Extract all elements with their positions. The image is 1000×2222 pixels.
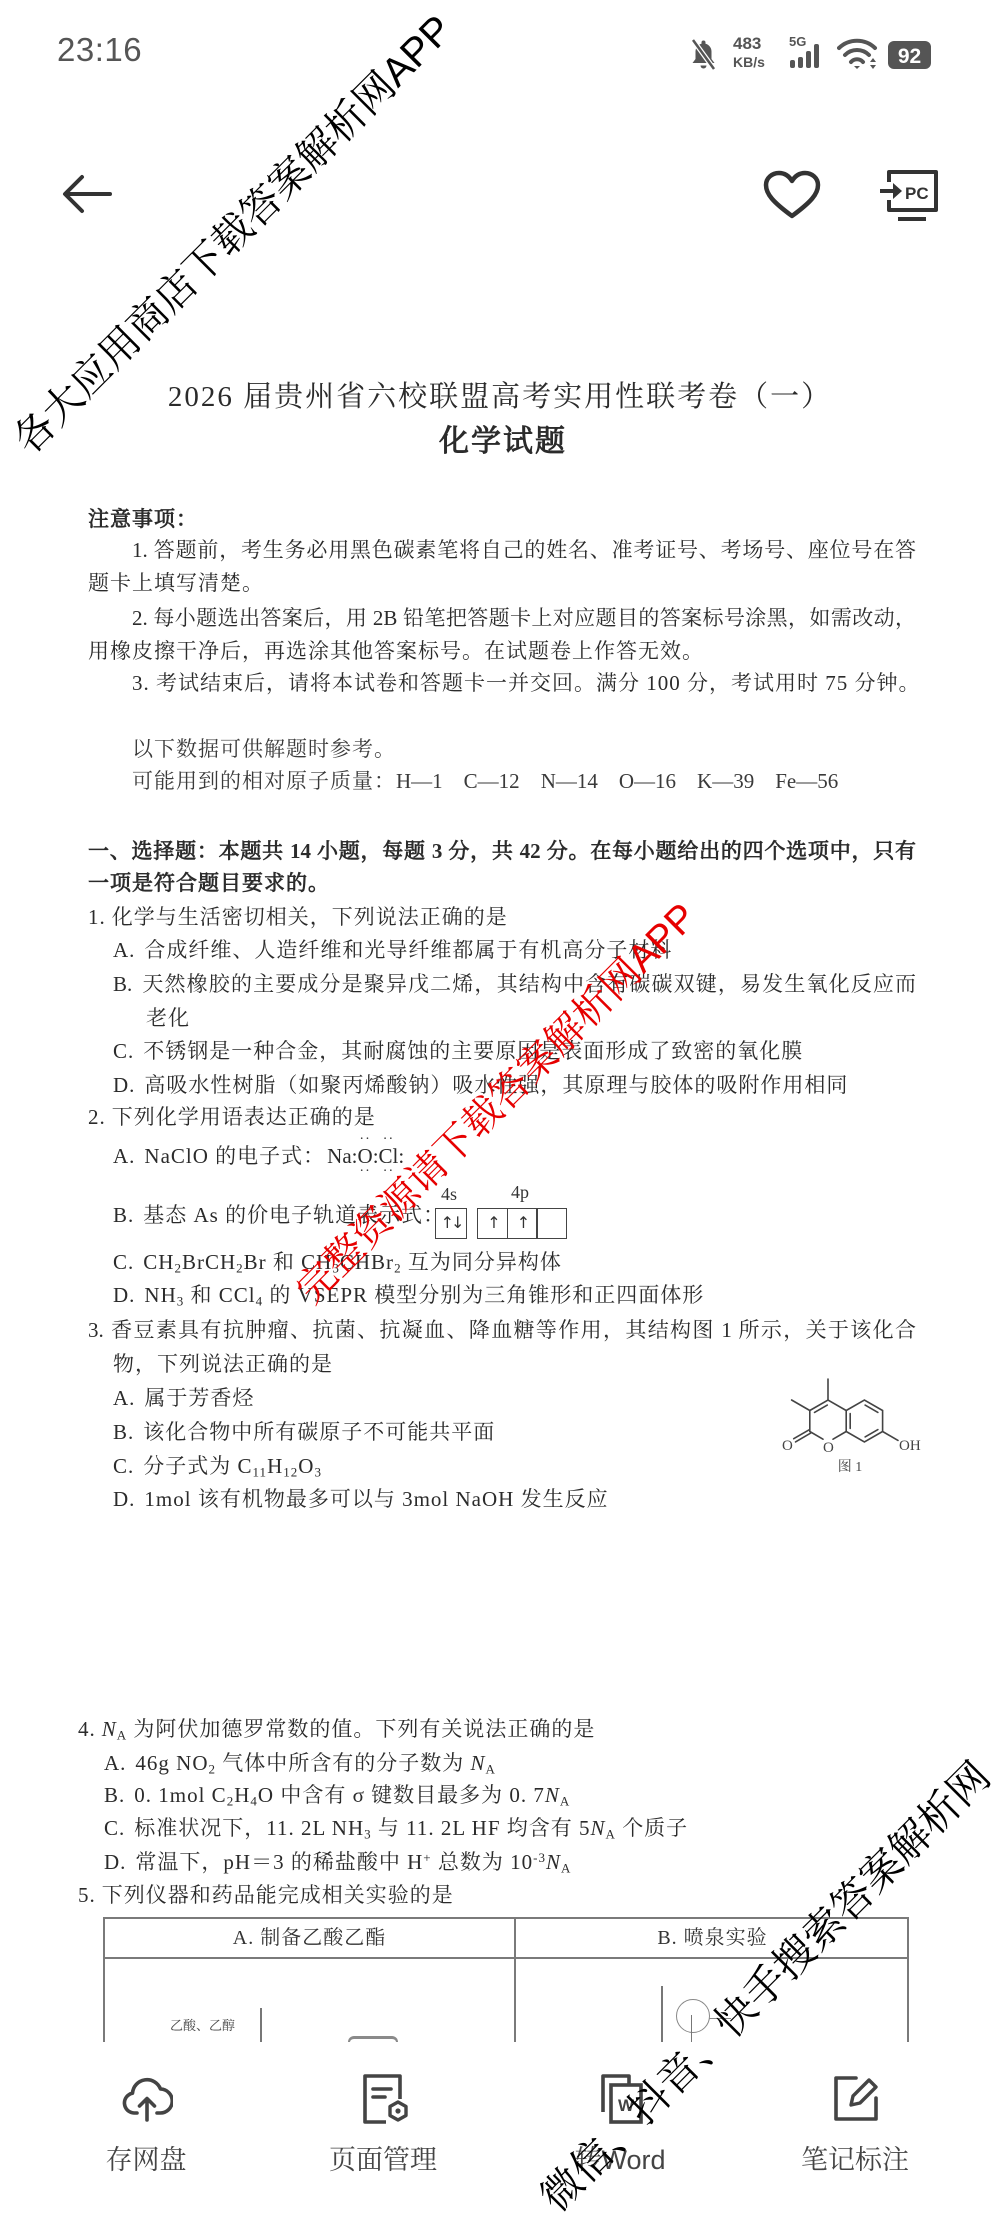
send-to-pc-button[interactable]: PC	[878, 168, 940, 224]
wifi-icon	[837, 38, 879, 70]
back-button[interactable]	[60, 172, 114, 216]
bell-off-icon	[690, 38, 717, 71]
status-time: 23:16	[57, 30, 142, 70]
question-2-option-a: A.NaClO 的电子式：Na:O:Cl:	[113, 1141, 404, 1171]
question-1-option-b: B.天然橡胶的主要成分是聚异戊二烯，其结构中含有碳碳双键，易发生氧化反应而	[113, 969, 916, 999]
question-3-option-a: A.属于芳香烃	[113, 1383, 254, 1413]
notice-line: 3. 考试结束后，请将本试卷和答题卡一并交回。满分 100 分，考试用时 75 …	[132, 668, 921, 698]
document-title: 2026 届贵州省六校联盟高考实用性联考卷（一）	[0, 377, 1000, 417]
hydroxyl-label: OH	[899, 1438, 921, 1454]
question-3-option-d: D.1mol 该有机物最多可以与 3mol NaOH 发生反应	[113, 1484, 609, 1514]
orbital-box-4s: ↑↓	[435, 1208, 467, 1239]
question-2-stem: 2.下列化学用语表达正确的是	[88, 1102, 376, 1132]
naclo-electron-formula: Na:O:Cl:	[327, 1141, 404, 1171]
orbital-box-4p	[536, 1208, 567, 1239]
question-3-option-b: B.该化合物中所有碳原子不可能共平面	[113, 1417, 495, 1447]
question-1-option-b-cont: 老化	[146, 1003, 190, 1033]
carbonyl-oxygen-label: O	[782, 1438, 793, 1454]
note-annotate-label: 笔记标注	[755, 2142, 955, 2178]
question-5-stem: 5.下列仪器和药品能完成相关实验的是	[78, 1880, 454, 1910]
battery-icon: 92	[888, 41, 931, 69]
send-to-pc-icon: PC	[878, 168, 940, 224]
question-1-stem: 1.化学与生活密切相关，下列说法正确的是	[88, 902, 508, 932]
notice-heading: 注意事项：	[88, 504, 198, 534]
heart-icon	[763, 170, 821, 220]
atomic-mass: O—16	[619, 769, 676, 793]
question-4-option-b: B.0. 1mol C2H4O 中含有 σ 键数目最多为 0. 7NA	[104, 1780, 570, 1810]
table-header-a: A. 制备乙酸乙酯	[105, 1919, 514, 1957]
question-4-option-a: A.46g NO2 气体中所含有的分子数为 NA	[104, 1748, 496, 1778]
apparatus-label: 乙酸、乙醇	[170, 2018, 235, 2034]
atomic-mass: Fe—56	[775, 769, 838, 793]
page-manage-label: 页面管理	[283, 2142, 483, 2178]
atomic-mass: N—14	[541, 769, 598, 793]
battery-level: 92	[898, 45, 921, 68]
question-3-option-c: C.分子式为 C11H12O3	[113, 1451, 322, 1481]
notice-line: 2. 每小题选出答案后，用 2B 铅笔把答题卡上对应题目的答案标号涂黑，如需改动…	[132, 603, 916, 633]
page-manage-icon	[358, 2072, 410, 2126]
orbital-label-4p: 4p	[511, 1182, 529, 1202]
notice-line: 用橡皮擦干净后，再选涂其他答案标号。在试题卷上作答无效。	[88, 636, 704, 666]
apparatus-stand	[661, 1986, 663, 2046]
cloud-upload-icon	[121, 2072, 173, 2126]
signal-icon: 5G	[788, 34, 828, 70]
note-annotate-icon	[830, 2072, 882, 2126]
orbital-box-4p: ↑	[507, 1208, 538, 1239]
page-manage-button[interactable]: 页面管理	[283, 2042, 483, 2222]
question-4-option-c: C.标准状况下，11. 2L NH3 与 11. 2L HF 均含有 5NA 个…	[104, 1813, 688, 1843]
coumarin-structure-figure: O O OH	[770, 1372, 930, 1458]
question-4-option-d: D.常温下，pH＝3 的稀盐酸中 H+ 总数为 10-3NA	[104, 1847, 571, 1877]
question-1-option-c: C.不锈钢是一种合金，其耐腐蚀的主要原因是表面形成了致密的氧化膜	[113, 1036, 803, 1066]
network-speed-unit: KB/s	[733, 54, 765, 70]
orbital-box-4p: ↑	[477, 1208, 508, 1239]
note-annotate-button[interactable]: 笔记标注	[755, 2042, 955, 2222]
bottom-action-bar: 存网盘 页面管理 W 转Word	[0, 2042, 1000, 2222]
atomic-mass-line: 可能用到的相对原子质量：H—1C—12N—14O—16K—39Fe—56	[132, 766, 859, 796]
question-3-stem-cont: 物，下列说法正确的是	[113, 1349, 333, 1379]
question-1-option-a: A.合成纤维、人造纤维和光导纤维都属于有机高分子材料	[113, 935, 672, 965]
network-speed-value: 483	[733, 35, 761, 53]
arrow-left-icon	[60, 172, 114, 216]
question-2-option-d: D.NH3 和 CCl4 的 VSEPR 模型分别为三角锥形和正四面体形	[113, 1280, 704, 1310]
figure-caption: 图 1	[826, 1458, 874, 1478]
atomic-mass: H—1	[396, 769, 443, 793]
atomic-mass: C—12	[464, 769, 520, 793]
section-heading: 一、选择题：本题共 14 小题，每题 3 分，共 42 分。在每小题给出的四个选…	[88, 836, 916, 866]
atomic-mass: K—39	[697, 769, 754, 793]
question-4-stem: 4.NA 为阿伏加德罗常数的值。下列有关说法正确的是	[78, 1714, 595, 1744]
reference-intro: 以下数据可供解题时参考。	[132, 734, 396, 764]
favorite-button[interactable]	[763, 170, 821, 220]
send-to-pc-label: PC	[905, 184, 929, 203]
network-type-label: 5G	[789, 34, 806, 49]
notice-line: 1. 答题前，考生务必用黑色碳素笔将自己的姓名、准考证号、考场号、座位号在答	[132, 535, 916, 565]
section-heading-cont: 一项是符合题目要求的。	[88, 868, 330, 898]
notice-line: 题卡上填写清楚。	[88, 568, 264, 598]
ring-oxygen-label: O	[823, 1440, 834, 1456]
document-subject: 化学试题	[0, 422, 1000, 462]
question-3-stem: 3.香豆素具有抗肿瘤、抗菌、抗凝血、降血糖等作用，其结构图 1 所示，关于该化合	[88, 1315, 916, 1345]
atomic-mass-label: 可能用到的相对原子质量：	[132, 769, 396, 793]
save-to-cloud-label: 存网盘	[46, 2142, 246, 2178]
save-to-cloud-button[interactable]: 存网盘	[46, 2042, 246, 2222]
